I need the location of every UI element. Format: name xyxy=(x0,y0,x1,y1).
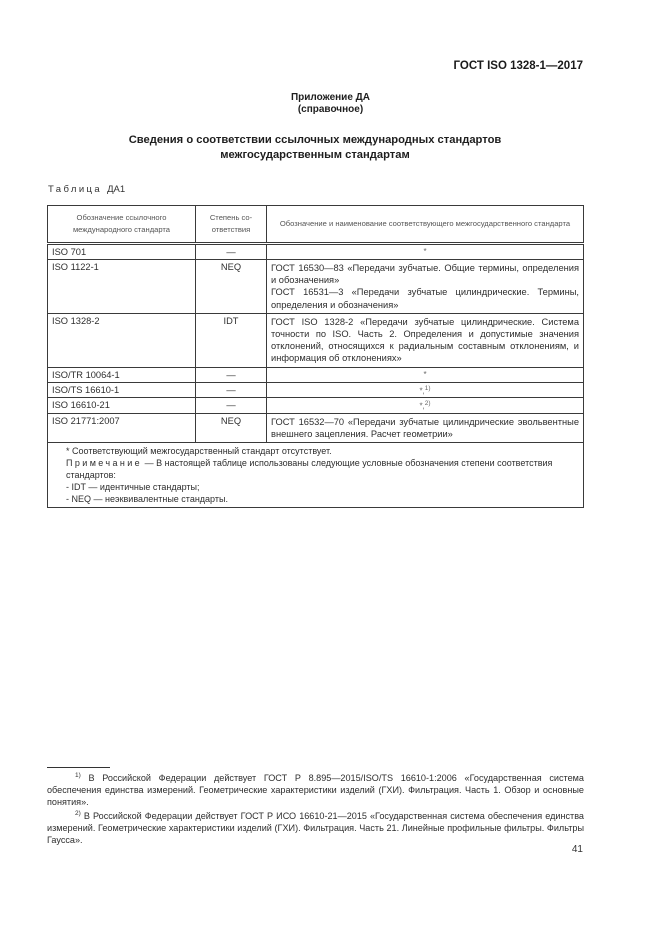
table-header-row: Обозначение ссылочного международного ст… xyxy=(48,206,584,244)
footnote-divider xyxy=(47,767,110,768)
footnote-ref: 1) xyxy=(425,385,431,392)
heading-line-1: Сведения о соответствии ссылочных междун… xyxy=(60,133,570,148)
footnote-text: В Российской Федерации действует ГОСТ Р … xyxy=(47,773,584,807)
column-header-reference: Обозначение ссылочного международного ст… xyxy=(48,206,196,244)
table-label-number: ДА1 xyxy=(107,184,125,195)
correspondence-table: Обозначение ссылочного международного ст… xyxy=(47,205,584,508)
cell-gost: ГОСТ 16532—70 «Передачи зубчатые цилиндр… xyxy=(267,413,584,442)
cell-degree: NEQ xyxy=(196,413,267,442)
table-row: ISO 701 — * xyxy=(48,244,584,260)
cell-reference: ISO 1122-1 xyxy=(48,260,196,314)
table-label: Таблица ДА1 xyxy=(48,184,125,195)
cell-gost: ГОСТ 16530—83 «Передачи зубчатые. Общие … xyxy=(267,260,584,314)
note-paragraph: Примечание — В настоящей таблице использ… xyxy=(52,457,579,481)
annex-title: Приложение ДА xyxy=(0,92,661,103)
cell-gost: *,1) xyxy=(267,382,584,398)
table-row: ISO/TS 16610-1 — *,1) xyxy=(48,382,584,398)
table-row: ISO 1328-2 IDT ГОСТ ISO 1328-2 «Передачи… xyxy=(48,313,584,367)
cell-gost: ГОСТ ISO 1328-2 «Передачи зубчатые цилин… xyxy=(267,313,584,367)
heading-line-2: межгосударственным стандартам xyxy=(60,148,570,163)
table-row: ISO 21771:2007 NEQ ГОСТ 16532—70 «Переда… xyxy=(48,413,584,442)
cell-reference: ISO 21771:2007 xyxy=(48,413,196,442)
cell-reference: ISO 16610-21 xyxy=(48,398,196,414)
table-row: ISO 1122-1 NEQ ГОСТ 16530—83 «Передачи з… xyxy=(48,260,584,314)
cell-degree: NEQ xyxy=(196,260,267,314)
cell-reference: ISO/TR 10064-1 xyxy=(48,367,196,382)
cell-reference: ISO/TS 16610-1 xyxy=(48,382,196,398)
gost-entry: ГОСТ 16531—3 «Передачи зубчатые цилиндри… xyxy=(271,286,579,310)
cell-degree: — xyxy=(196,367,267,382)
footnotes: 1) В Российской Федерации действует ГОСТ… xyxy=(47,770,584,847)
cell-degree: IDT xyxy=(196,313,267,367)
cell-degree: — xyxy=(196,382,267,398)
cell-gost: *,2) xyxy=(267,398,584,414)
page-number: 41 xyxy=(560,844,583,855)
table-row: ISO 16610-21 — *,2) xyxy=(48,398,584,414)
annex-heading: Сведения о соответствии ссылочных междун… xyxy=(60,133,570,163)
annex-subtitle: (справочное) xyxy=(0,104,661,115)
footnote-2: 2) В Российской Федерации действует ГОСТ… xyxy=(47,808,584,846)
star-note: * Соответствующий межгосударственный ста… xyxy=(52,445,579,457)
cell-degree: — xyxy=(196,244,267,260)
note-idt: - IDT — идентичные стандарты; xyxy=(52,481,579,493)
note-label: Примечание xyxy=(66,458,142,468)
table-label-prefix: Таблица xyxy=(48,184,102,195)
footnote-1: 1) В Российской Федерации действует ГОСТ… xyxy=(47,770,584,808)
cell-reference: ISO 701 xyxy=(48,244,196,260)
column-header-gost: Обозначение и наименование соответствующ… xyxy=(267,206,584,244)
gost-entry: ГОСТ 16530—83 «Передачи зубчатые. Общие … xyxy=(271,262,579,286)
table-notes: * Соответствующий межгосударственный ста… xyxy=(48,443,584,508)
footnote-ref: 2) xyxy=(425,400,431,407)
table-notes-row: * Соответствующий межгосударственный ста… xyxy=(48,443,584,508)
cell-reference: ISO 1328-2 xyxy=(48,313,196,367)
footnote-text: В Российской Федерации действует ГОСТ Р … xyxy=(47,811,584,845)
table-row: ISO/TR 10064-1 — * xyxy=(48,367,584,382)
column-header-degree: Степень со-ответствия xyxy=(196,206,267,244)
document-code: ГОСТ ISO 1328-1—2017 xyxy=(400,60,583,72)
note-neq: - NEQ — неэквивалентные стандарты. xyxy=(52,493,579,505)
cell-degree: — xyxy=(196,398,267,414)
cell-gost: * xyxy=(267,244,584,260)
cell-gost: * xyxy=(267,367,584,382)
